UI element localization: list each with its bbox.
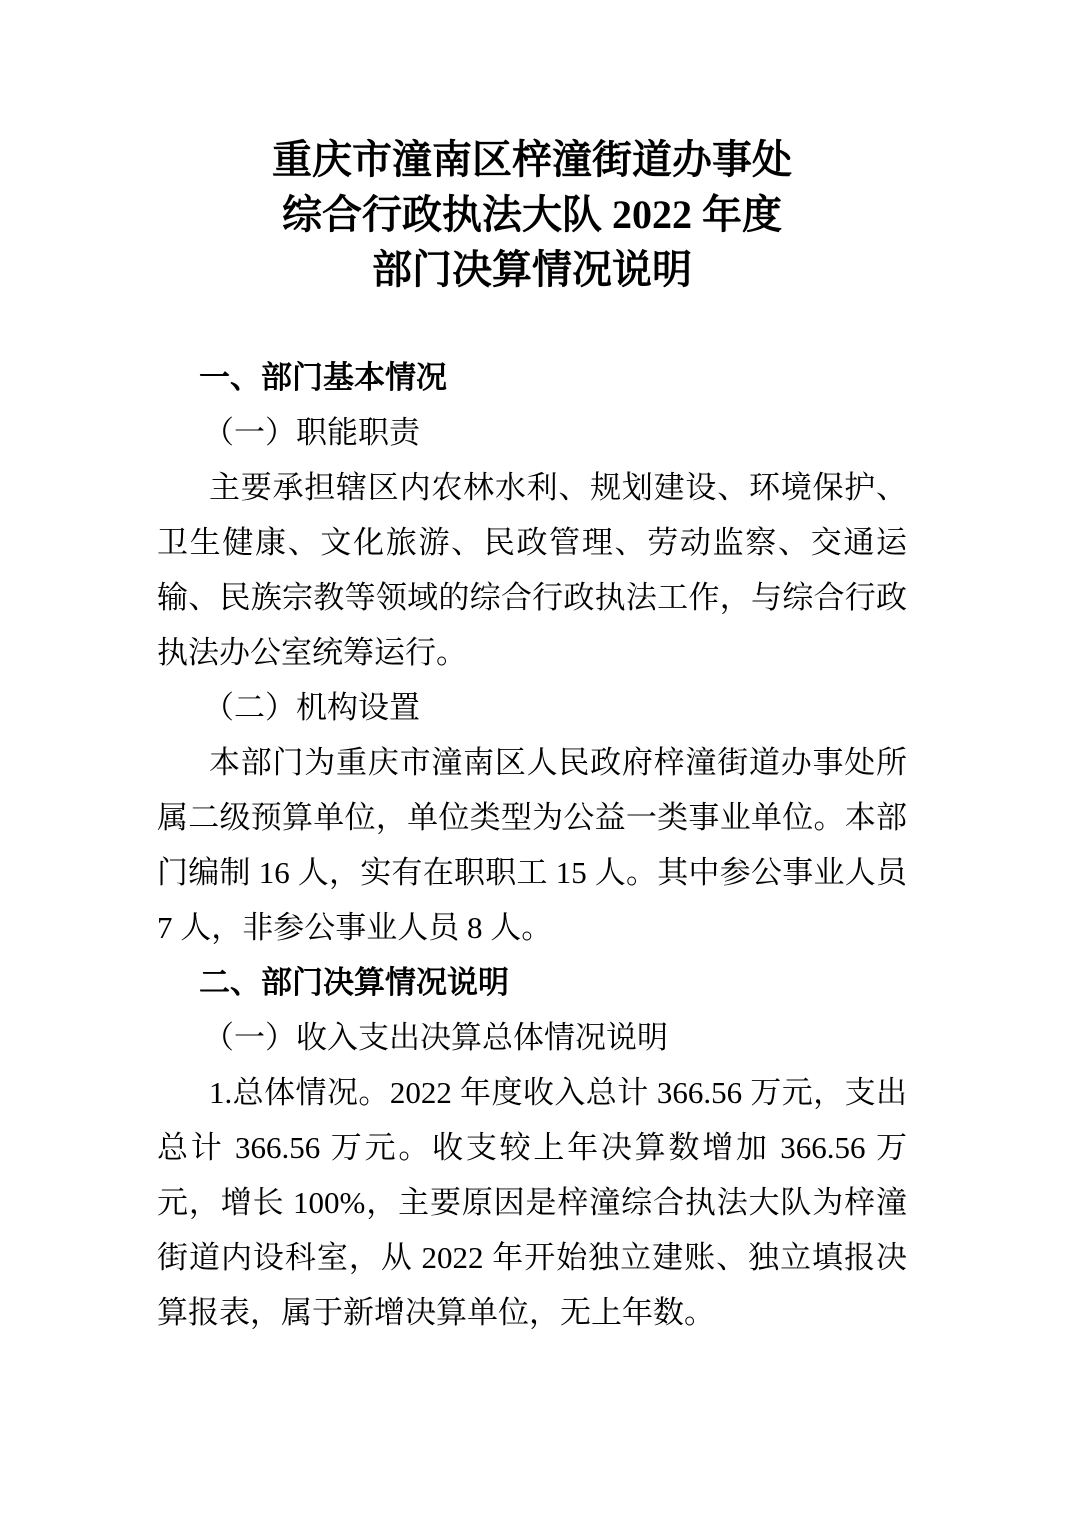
- document-title-line-2: 综合行政执法大队 2022 年度: [157, 187, 907, 242]
- section-1-heading: 一、部门基本情况: [157, 350, 907, 405]
- section-1-sub-1-paragraph: 主要承担辖区内农林水利、规划建设、环境保护、卫生健康、文化旅游、民政管理、劳动监…: [157, 460, 907, 680]
- section-1-sub-2-paragraph: 本部门为重庆市潼南区人民政府梓潼街道办事处所属二级预算单位，单位类型为公益一类事…: [157, 735, 907, 955]
- document-title: 重庆市潼南区梓潼街道办事处 综合行政执法大队 2022 年度 部门决算情况说明: [157, 132, 907, 297]
- section-2-heading: 二、部门决算情况说明: [157, 955, 907, 1010]
- section-1-sub-2-heading: （二）机构设置: [157, 680, 907, 735]
- document-title-line-3: 部门决算情况说明: [157, 242, 907, 297]
- document-content: 重庆市潼南区梓潼街道办事处 综合行政执法大队 2022 年度 部门决算情况说明 …: [0, 0, 1075, 1340]
- section-1-sub-1-heading: （一）职能职责: [157, 405, 907, 460]
- document-title-line-1: 重庆市潼南区梓潼街道办事处: [157, 132, 907, 187]
- section-2-sub-1-paragraph: 1.总体情况。2022 年度收入总计 366.56 万元，支出总计 366.56…: [157, 1065, 907, 1340]
- section-2-sub-1-heading: （一）收入支出决算总体情况说明: [157, 1010, 907, 1065]
- document-page: 重庆市潼南区梓潼街道办事处 综合行政执法大队 2022 年度 部门决算情况说明 …: [0, 0, 1075, 1521]
